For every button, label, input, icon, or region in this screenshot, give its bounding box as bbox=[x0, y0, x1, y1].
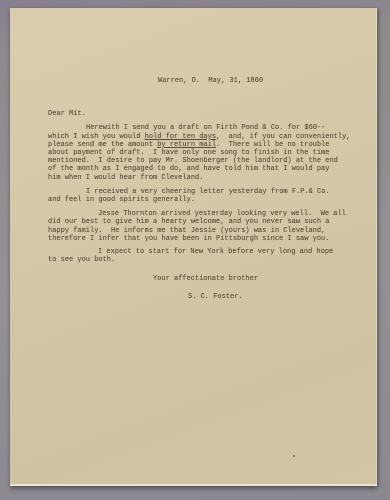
letter-paper: Warren, O. May, 31, 1860 Dear Mit. Herew… bbox=[10, 8, 377, 486]
photo-backdrop: Warren, O. May, 31, 1860 Dear Mit. Herew… bbox=[0, 0, 390, 500]
paper-speck bbox=[293, 455, 295, 457]
letter-closing: Your affectionate brother bbox=[153, 275, 358, 283]
underlined-phrase-hold-for-ten-days: hold for ten days bbox=[145, 133, 216, 141]
letter-paragraph-4: I expect to start for New York before ve… bbox=[48, 248, 358, 264]
underlined-phrase-by-return-mail: by return mail bbox=[157, 141, 216, 149]
letter-text-block: Warren, O. May, 31, 1860 Dear Mit. Herew… bbox=[10, 8, 376, 301]
letter-signature: S. C. Foster. bbox=[188, 293, 358, 301]
letter-dateline: Warren, O. May, 31, 1860 bbox=[158, 77, 358, 85]
letter-salutation: Dear Mit. bbox=[48, 110, 358, 118]
letter-paragraph-1: Herewith I send you a draft on Firth Pon… bbox=[48, 124, 358, 181]
letter-paragraph-2: I received a very cheering letter yester… bbox=[48, 188, 358, 204]
letter-paragraph-3: Jesse Thornton arrived yesterday looking… bbox=[48, 210, 358, 243]
